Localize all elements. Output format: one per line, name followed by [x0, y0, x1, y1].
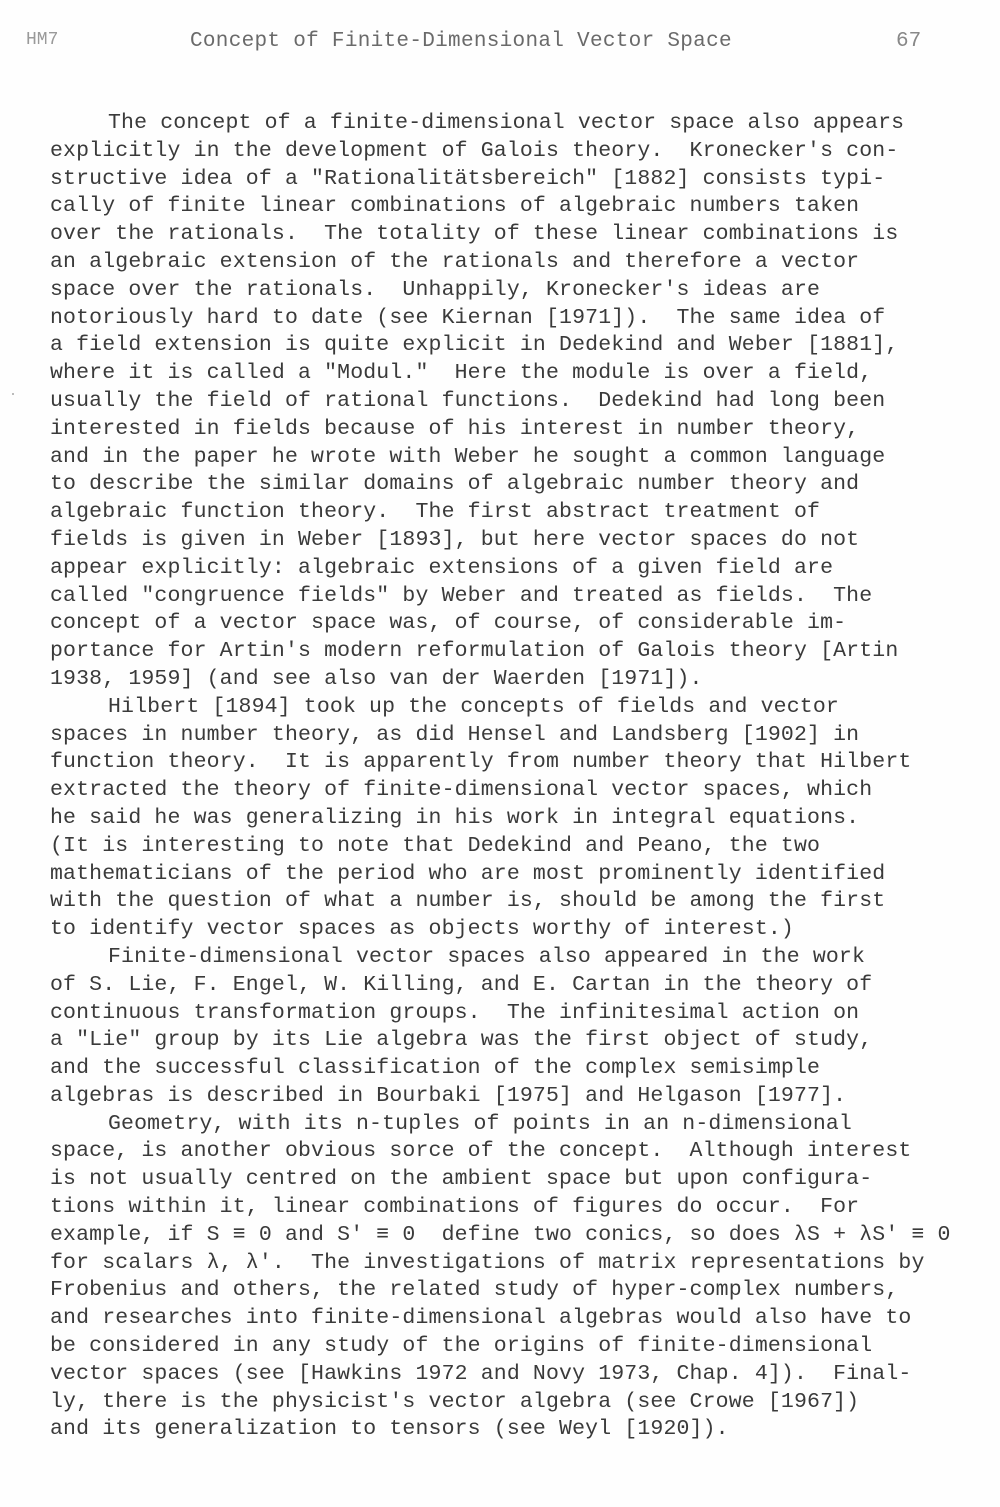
- paragraph: Finite-dimensional vector spaces also ap…: [50, 944, 980, 1111]
- text-line: algebraic function theory. The first abs…: [50, 499, 980, 527]
- text-line: explicitly in the development of Galois …: [50, 138, 980, 166]
- text-line: tions within it, linear combinations of …: [50, 1194, 980, 1222]
- text-line: continuous transformation groups. The in…: [50, 1000, 980, 1028]
- text-line: The concept of a finite-dimensional vect…: [50, 110, 980, 138]
- header-label: HM7: [26, 30, 58, 50]
- text-line: and the successful classification of the…: [50, 1055, 980, 1083]
- text-line: mathematicians of the period who are mos…: [50, 861, 980, 889]
- text-line: he said he was generalizing in his work …: [50, 805, 980, 833]
- running-title: Concept of Finite-Dimensional Vector Spa…: [190, 30, 732, 53]
- text-line: Hilbert [1894] took up the concepts of f…: [50, 694, 980, 722]
- page-number: 67: [896, 30, 921, 53]
- text-line: a "Lie" group by its Lie algebra was the…: [50, 1027, 980, 1055]
- text-line: over the rationals. The totality of thes…: [50, 221, 980, 249]
- text-line: Finite-dimensional vector spaces also ap…: [50, 944, 980, 972]
- text-line: a field extension is quite explicit in D…: [50, 332, 980, 360]
- text-line: space over the rationals. Unhappily, Kro…: [50, 277, 980, 305]
- text-line: 1938, 1959] (and see also van der Waerde…: [50, 666, 980, 694]
- text-line: (It is interesting to note that Dedekind…: [50, 833, 980, 861]
- text-line: ly, there is the physicist's vector alge…: [50, 1389, 980, 1417]
- text-line: space, is another obvious sorce of the c…: [50, 1138, 980, 1166]
- text-line: be considered in any study of the origin…: [50, 1333, 980, 1361]
- text-line: notoriously hard to date (see Kiernan [1…: [50, 305, 980, 333]
- text-line: extracted the theory of finite-dimension…: [50, 777, 980, 805]
- text-line: and in the paper he wrote with Weber he …: [50, 444, 980, 472]
- text-line: of S. Lie, F. Engel, W. Killing, and E. …: [50, 972, 980, 1000]
- text-line: Frobenius and others, the related study …: [50, 1277, 980, 1305]
- text-line: to identify vector spaces as objects wor…: [50, 916, 980, 944]
- text-line: cally of finite linear combinations of a…: [50, 193, 980, 221]
- text-line: algebras is described in Bourbaki [1975]…: [50, 1083, 980, 1111]
- text-line: structive idea of a "Rationalitätsbereic…: [50, 166, 980, 194]
- text-line: fields is given in Weber [1893], but her…: [50, 527, 980, 555]
- text-line: example, if S ≡ 0 and S' ≡ 0 define two …: [50, 1222, 980, 1250]
- text-line: concept of a vector space was, of course…: [50, 610, 980, 638]
- text-line: Geometry, with its n-tuples of points in…: [50, 1111, 980, 1139]
- text-line: portance for Artin's modern reformulatio…: [50, 638, 980, 666]
- text-line: function theory. It is apparently from n…: [50, 749, 980, 777]
- text-line: is not usually centred on the ambient sp…: [50, 1166, 980, 1194]
- text-line: appear explicitly: algebraic extensions …: [50, 555, 980, 583]
- paragraph: Geometry, with its n-tuples of points in…: [50, 1111, 980, 1445]
- paragraph: The concept of a finite-dimensional vect…: [50, 110, 980, 694]
- text-line: with the question of what a number is, s…: [50, 888, 980, 916]
- text-line: spaces in number theory, as did Hensel a…: [50, 722, 980, 750]
- text-line: and its generalization to tensors (see W…: [50, 1416, 980, 1444]
- text-line: vector spaces (see [Hawkins 1972 and Nov…: [50, 1361, 980, 1389]
- paragraph: Hilbert [1894] took up the concepts of f…: [50, 694, 980, 944]
- text-line: usually the field of rational functions.…: [50, 388, 980, 416]
- body-text: The concept of a finite-dimensional vect…: [50, 110, 980, 1444]
- text-line: called "congruence fields" by Weber and …: [50, 583, 980, 611]
- text-line: and researches into finite-dimensional a…: [50, 1305, 980, 1333]
- text-line: an algebraic extension of the rationals …: [50, 249, 980, 277]
- document-page: HM7 Concept of Finite-Dimensional Vector…: [0, 0, 1000, 1507]
- text-line: for scalars λ, λ'. The investigations of…: [50, 1250, 980, 1278]
- scan-speck: [12, 393, 14, 395]
- running-header: HM7 Concept of Finite-Dimensional Vector…: [0, 30, 1000, 60]
- text-line: where it is called a "Modul." Here the m…: [50, 360, 980, 388]
- text-line: to describe the similar domains of algeb…: [50, 471, 980, 499]
- text-line: interested in fields because of his inte…: [50, 416, 980, 444]
